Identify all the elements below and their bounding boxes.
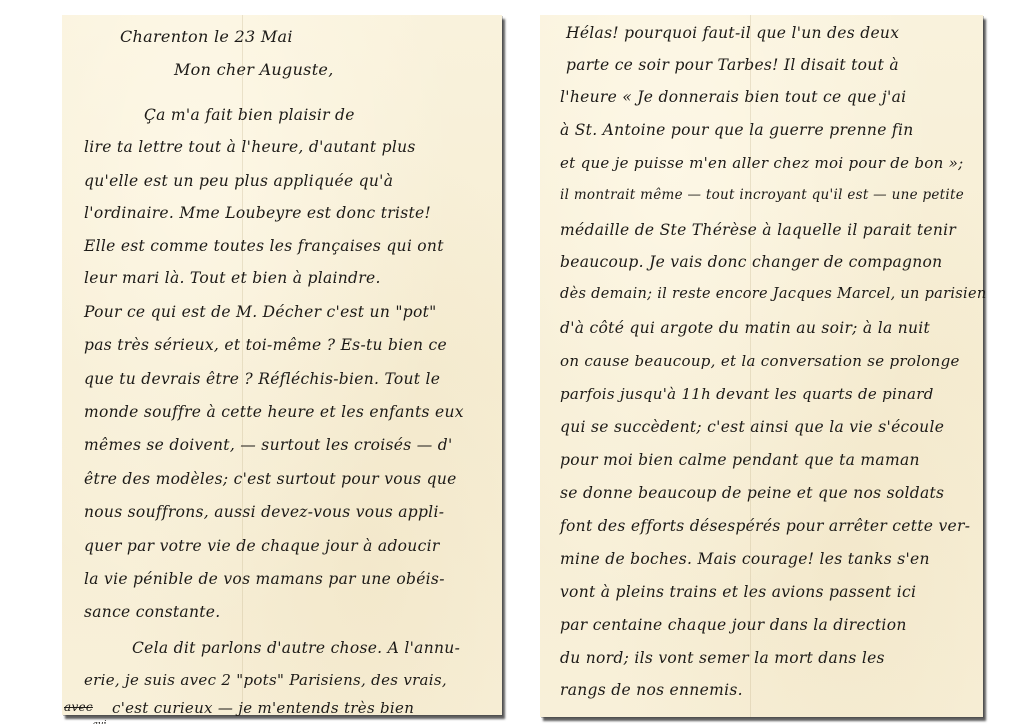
text-line: pas très sérieux, et toi-même ? Es-tu bi…	[84, 336, 447, 354]
salutation-line: Mon cher Auguste,	[174, 60, 334, 79]
text-line: qui se succèdent; c'est ainsi que la vie…	[560, 418, 944, 436]
text-line: pour moi bien calme pendant que ta maman	[560, 451, 920, 469]
text-line: la vie pénible de vos mamans par une obé…	[84, 570, 445, 588]
text-line: c'est curieux — je m'entends très bien	[112, 699, 414, 717]
text-line: quer par votre vie de chaque jour à adou…	[84, 537, 440, 555]
text-line: d'à côté qui argote du matin au soir; à …	[560, 319, 930, 337]
letter-page-left: Charenton le 23 Mai Mon cher Auguste, Ça…	[62, 15, 502, 715]
text-line: monde souffre à cette heure et les enfan…	[84, 403, 464, 421]
text-line: Cela dit parlons d'autre chose. A l'annu…	[132, 639, 460, 657]
text-line: dès demain; il reste encore Jacques Marc…	[560, 286, 986, 302]
text-line: leur mari là. Tout et bien à plaindre.	[84, 269, 381, 287]
margin-note: qui	[92, 720, 106, 724]
text-line: vont à pleins trains et les avions passe…	[560, 583, 916, 601]
text-line: Hélas! pourquoi faut-il que l'un des deu…	[566, 24, 899, 42]
text-line: mine de boches. Mais courage! les tanks …	[560, 550, 930, 568]
text-line: beaucoup. Je vais donc changer de compag…	[560, 253, 942, 271]
text-line: rangs de nos ennemis.	[560, 681, 743, 699]
text-line: Elle est comme toutes les françaises qui…	[84, 237, 444, 255]
text-line: Pour ce qui est de M. Décher c'est un "p…	[84, 303, 437, 321]
place-date-line: Charenton le 23 Mai	[120, 27, 293, 46]
text-line: erie, je suis avec 2 "pots" Parisiens, d…	[84, 671, 447, 689]
struck-word: avec	[64, 700, 93, 714]
text-line: lire ta lettre tout à l'heure, d'autant …	[84, 138, 416, 156]
text-line: nous souffrons, aussi devez-vous vous ap…	[84, 503, 444, 521]
text-line: parfois jusqu'à 11h devant les quarts de…	[560, 385, 934, 403]
text-line: être des modèles; c'est surtout pour vou…	[84, 470, 457, 488]
text-line: il montrait même — tout incroyant qu'il …	[560, 187, 964, 203]
text-line: mêmes se doivent, — surtout les croisés …	[84, 436, 453, 454]
text-line: Ça m'a fait bien plaisir de	[144, 106, 355, 124]
text-line: par centaine chaque jour dans la directi…	[560, 616, 907, 634]
text-line: du nord; ils vont semer la mort dans les	[560, 649, 885, 667]
text-line: l'heure « Je donnerais bien tout ce que …	[560, 88, 906, 106]
text-line: l'ordinaire. Mme Loubeyre est donc trist…	[84, 204, 431, 222]
text-line: on cause beaucoup, et la conversation se…	[560, 352, 960, 370]
text-line: font des efforts désespérés pour arrêter…	[560, 517, 970, 535]
text-line: et que je puisse m'en aller chez moi pou…	[560, 154, 963, 172]
text-line: qu'elle est un peu plus appliquée qu'à	[84, 172, 393, 190]
text-line: à St. Antoine pour que la guerre prenne …	[560, 121, 914, 139]
text-line: que tu devrais être ? Réfléchis-bien. To…	[84, 370, 440, 388]
text-line: médaille de Ste Thérèse à laquelle il pa…	[560, 221, 956, 239]
text-line: parte ce soir pour Tarbes! Il disait tou…	[566, 56, 899, 74]
text-line: se donne beaucoup de peine et que nos so…	[560, 484, 944, 502]
text-line: sance constante.	[84, 603, 221, 621]
letter-page-right: Hélas! pourquoi faut-il que l'un des deu…	[540, 15, 983, 717]
